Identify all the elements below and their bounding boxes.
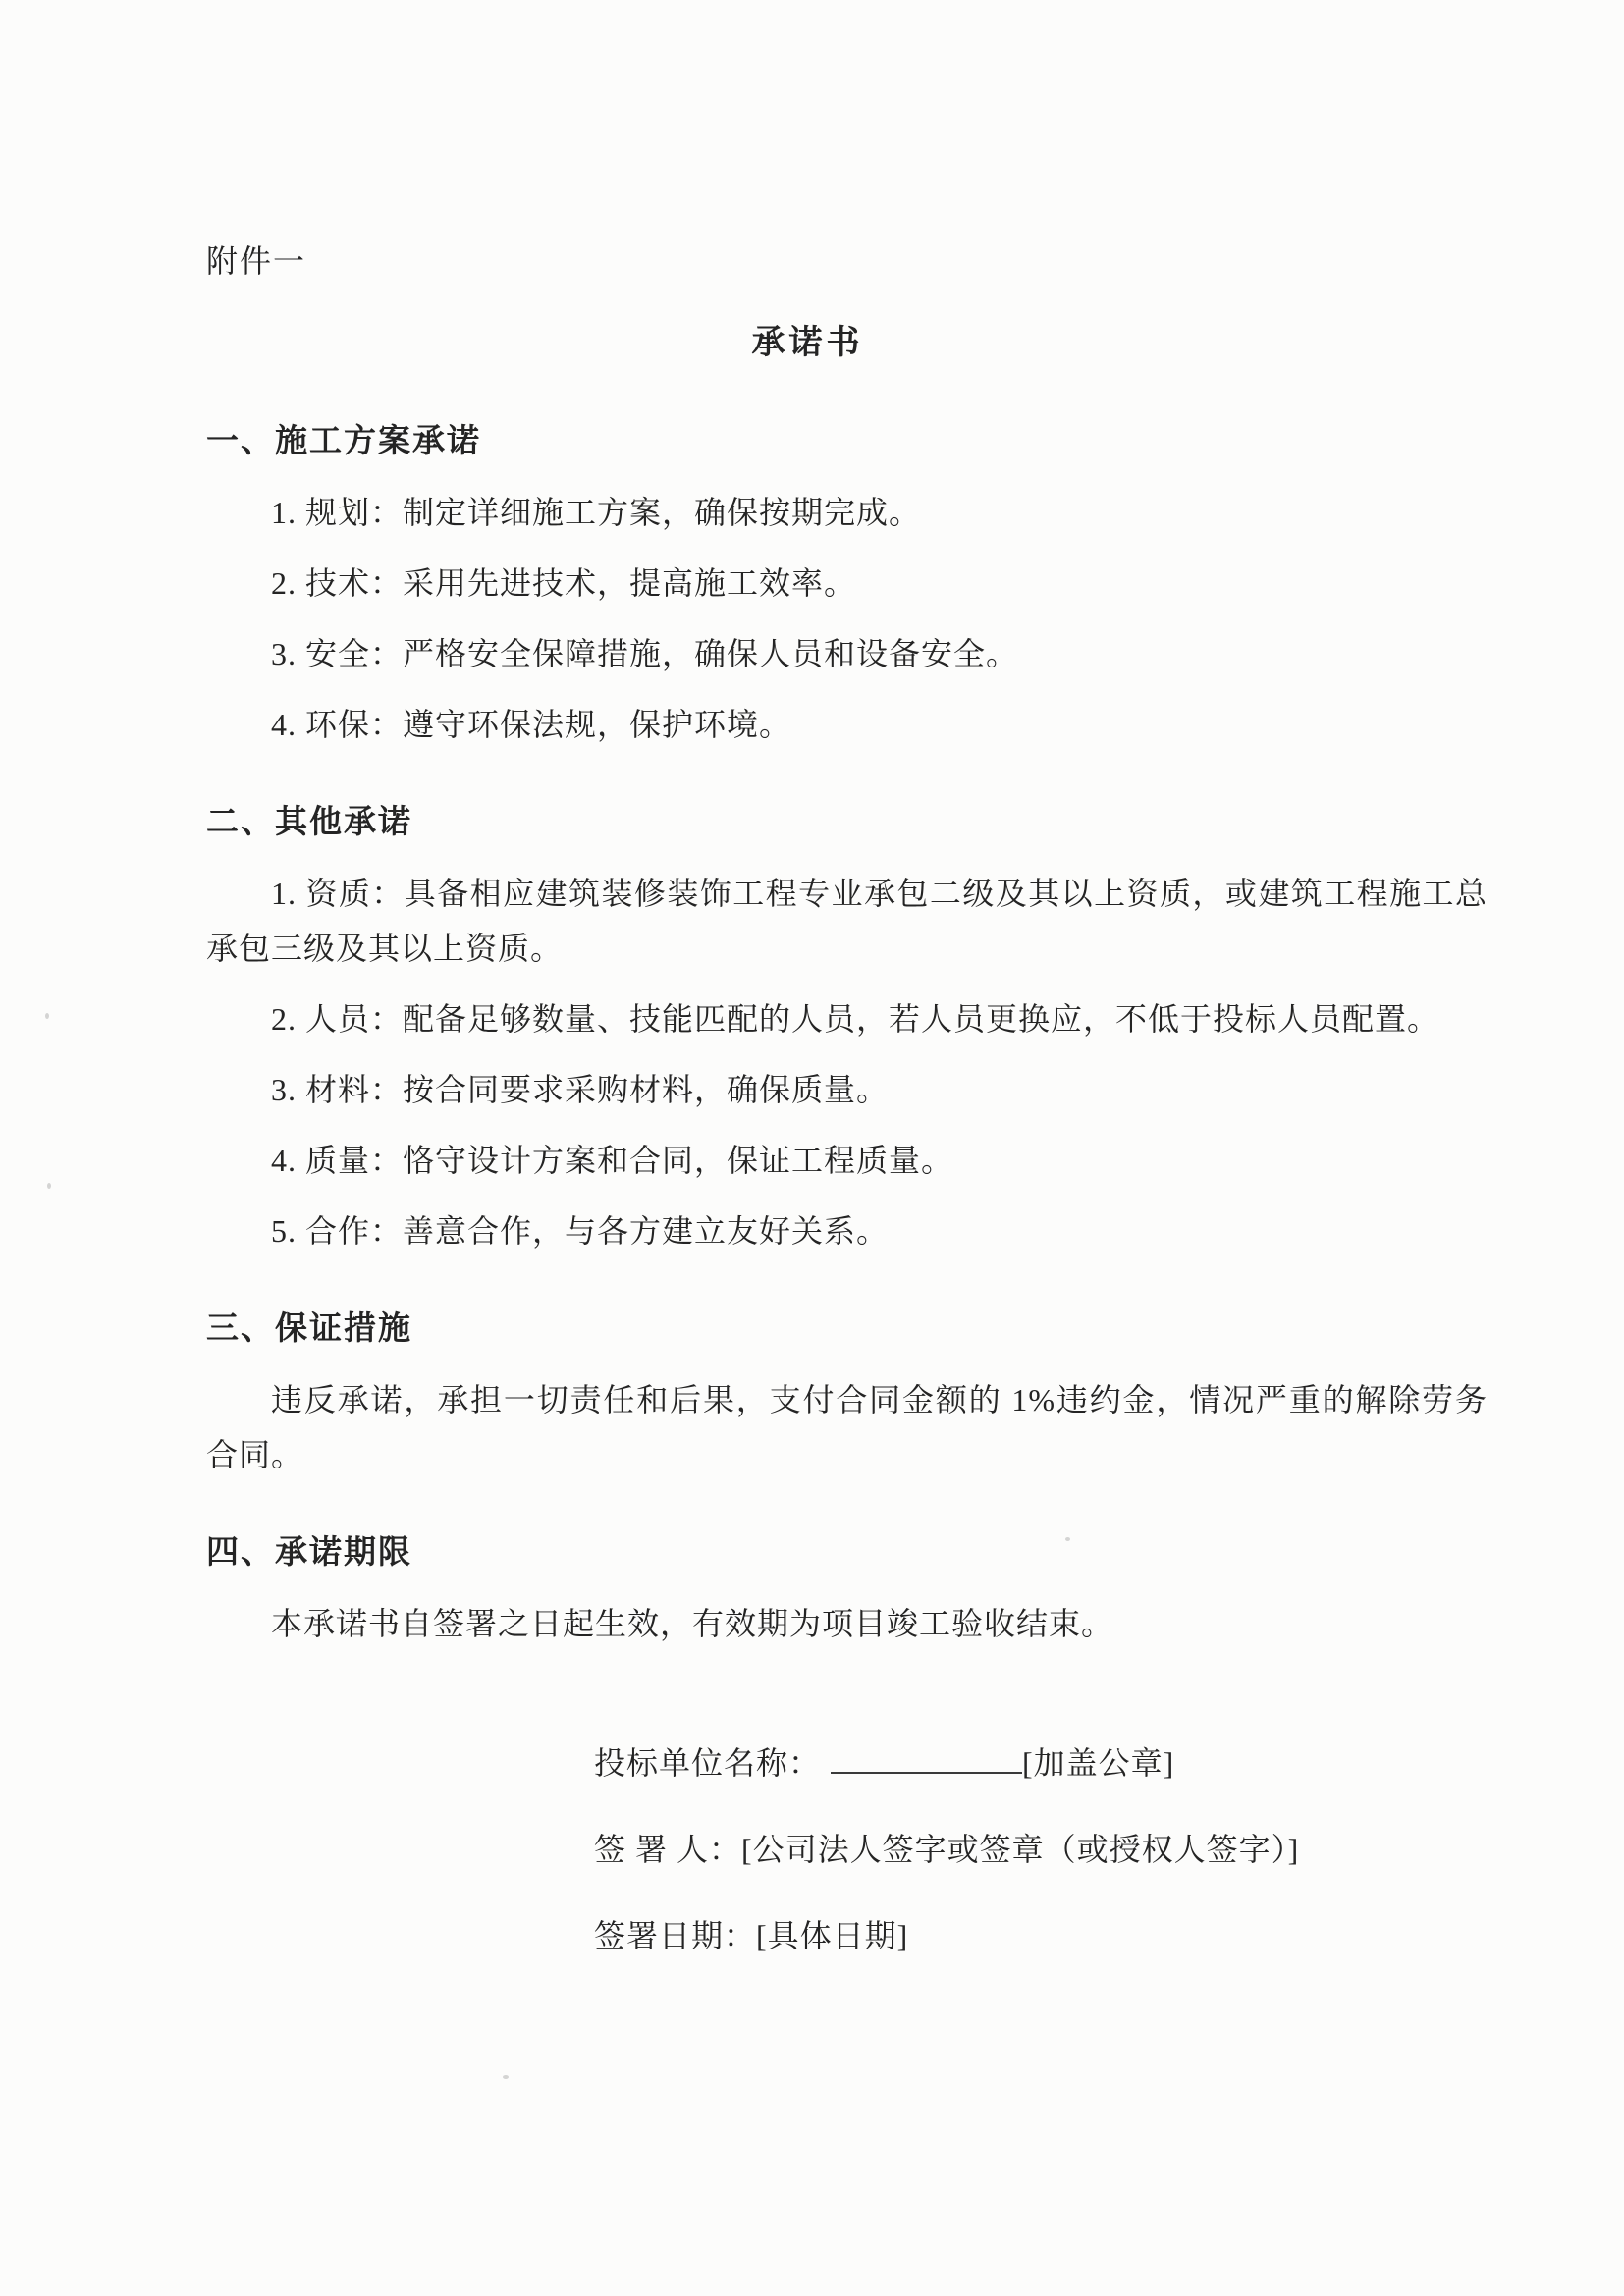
list-item: 1. 资质：具备相应建筑装修装饰工程专业承包二级及其以上资质，或建筑工程施工总承… xyxy=(206,866,1488,976)
signature-block: 投标单位名称：[加盖公章] 签 署 人：[公司法人签字或签章（或授权人签字）] … xyxy=(206,1735,1488,1963)
signature-date-value: [具体日期] xyxy=(756,1918,908,1953)
signature-signer-label: 签 署 人： xyxy=(594,1832,741,1867)
list-item: 5. 合作：善意合作，与各方建立友好关系。 xyxy=(206,1203,1488,1258)
section-4-heading: 四、承诺期限 xyxy=(206,1525,1488,1580)
document-title: 承诺书 xyxy=(167,316,1448,371)
scan-speck xyxy=(503,2075,509,2079)
section-other-commitments: 二、其他承诺 1. 资质：具备相应建筑装修装饰工程专业承包二级及其以上资质，或建… xyxy=(206,795,1488,1258)
list-item: 4. 质量：恪守设计方案和合同，保证工程质量。 xyxy=(206,1133,1488,1188)
section-3-heading: 三、保证措施 xyxy=(206,1302,1488,1357)
section-paragraph: 本承诺书自签署之日起生效，有效期为项目竣工验收结束。 xyxy=(206,1596,1488,1651)
signature-signer-line: 签 署 人：[公司法人签字或签章（或授权人签字）] xyxy=(594,1822,1488,1877)
signature-blank-line xyxy=(831,1736,1022,1774)
section-paragraph: 违反承诺，承担一切责任和后果，支付合同金额的 1%违约金，情况严重的解除劳务合同… xyxy=(206,1372,1488,1482)
list-item: 3. 材料：按合同要求采购材料，确保质量。 xyxy=(206,1062,1488,1117)
section-2-heading: 二、其他承诺 xyxy=(206,795,1488,850)
list-item: 3. 安全：严格安全保障措施，确保人员和设备安全。 xyxy=(206,626,1488,681)
scan-speck xyxy=(1065,1537,1070,1541)
list-item: 2. 人员：配备足够数量、技能匹配的人员，若人员更换应，不低于投标人员配置。 xyxy=(206,991,1488,1046)
signature-date-line: 签署日期：[具体日期] xyxy=(594,1908,1488,1963)
list-item: 1. 规划：制定详细施工方案，确保按期完成。 xyxy=(206,485,1488,540)
attachment-label: 附件一 xyxy=(206,234,1488,289)
scan-speck xyxy=(47,1183,51,1189)
section-1-heading: 一、施工方案承诺 xyxy=(206,414,1488,469)
section-commitment-period: 四、承诺期限 本承诺书自签署之日起生效，有效期为项目竣工验收结束。 xyxy=(206,1525,1488,1651)
signature-signer-value: [公司法人签字或签章（或授权人签字）] xyxy=(741,1832,1299,1867)
list-item: 4. 环保：遵守环保法规，保护环境。 xyxy=(206,697,1488,752)
signature-company-stamp: [加盖公章] xyxy=(1022,1745,1174,1781)
document-page: 附件一 承诺书 一、施工方案承诺 1. 规划：制定详细施工方案，确保按期完成。 … xyxy=(0,0,1624,2296)
scan-speck xyxy=(45,1013,49,1019)
section-construction-plan: 一、施工方案承诺 1. 规划：制定详细施工方案，确保按期完成。 2. 技术：采用… xyxy=(206,414,1488,752)
signature-date-label: 签署日期： xyxy=(594,1918,756,1953)
signature-company-label: 投标单位名称： xyxy=(594,1745,821,1781)
section-guarantee-measures: 三、保证措施 违反承诺，承担一切责任和后果，支付合同金额的 1%违约金，情况严重… xyxy=(206,1302,1488,1482)
signature-company-line: 投标单位名称：[加盖公章] xyxy=(594,1735,1488,1790)
list-item: 2. 技术：采用先进技术，提高施工效率。 xyxy=(206,556,1488,611)
